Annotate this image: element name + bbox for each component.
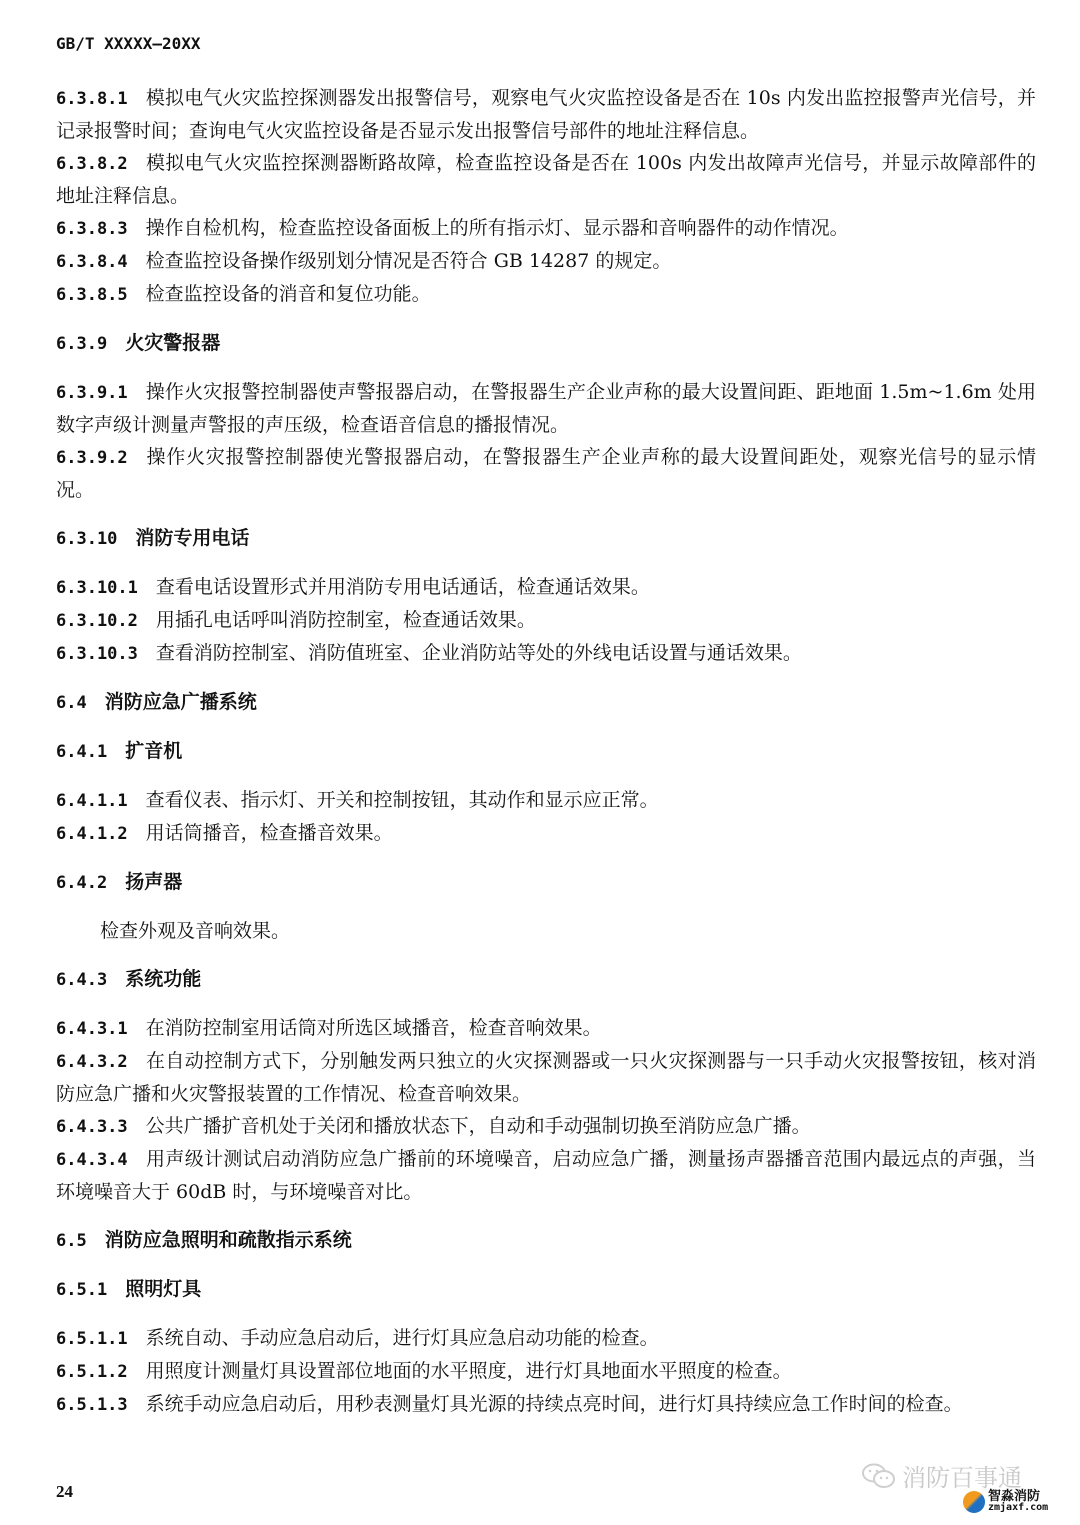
clause-text: 检查外观及音响效果。	[100, 920, 290, 942]
clause-6-4-3-1: 6.4.3.1在消防控制室用话筒对所选区域播音，检查音响效果。	[56, 1012, 1036, 1045]
clause-text: 检查监控设备的消音和复位功能。	[146, 283, 431, 305]
clause-number: 6.5.1.1	[56, 1329, 128, 1349]
clause-text: 在消防控制室用话筒对所选区域播音，检查音响效果。	[146, 1017, 602, 1039]
heading-number: 6.3.10	[56, 529, 117, 549]
clause-number: 6.4.1.1	[56, 791, 128, 811]
wechat-icon	[862, 1463, 896, 1489]
clause-6-4-3-3: 6.4.3.3公共广播扩音机处于关闭和播放状态下，自动和手动强制切换至消防应急广…	[56, 1110, 1036, 1143]
clause-text: 公共广播扩音机处于关闭和播放状态下，自动和手动强制切换至消防应急广播。	[146, 1115, 811, 1137]
heading-number: 6.4.3	[56, 970, 107, 990]
clause-number: 6.3.8.3	[56, 219, 128, 239]
clause-6-4-2-body: 检查外观及音响效果。	[56, 915, 1036, 947]
clause-number: 6.3.10.3	[56, 644, 138, 664]
clause-number: 6.5.1.2	[56, 1362, 128, 1382]
clause-6-3-8-2: 6.3.8.2模拟电气火灾监控探测器断路故障，检查监控设备是否在 100s 内发…	[56, 147, 1036, 212]
heading-title: 消防应急广播系统	[105, 691, 257, 713]
heading-6-4-3: 6.4.3系统功能	[56, 963, 1036, 996]
heading-6-4-1: 6.4.1扩音机	[56, 735, 1036, 768]
clause-6-3-8-1: 6.3.8.1模拟电气火灾监控探测器发出报警信号，观察电气火灾监控设备是否在 1…	[56, 82, 1036, 147]
heading-number: 6.5.1	[56, 1280, 107, 1300]
clause-text: 在自动控制方式下，分别触发两只独立的火灾探测器或一只火灾探测器与一只手动火灾报警…	[56, 1050, 1036, 1105]
clause-number: 6.4.3.2	[56, 1052, 128, 1072]
wechat-watermark: 消防百事通	[862, 1458, 1022, 1493]
clause-number: 6.4.1.2	[56, 824, 128, 844]
clause-number: 6.3.9.1	[56, 383, 128, 403]
clause-number: 6.5.1.3	[56, 1395, 128, 1415]
clause-text: 操作自检机构，检查监控设备面板上的所有指示灯、显示器和音响器件的动作情况。	[146, 217, 849, 239]
clause-6-3-10-2: 6.3.10.2用插孔电话呼叫消防控制室，检查通话效果。	[56, 604, 1036, 637]
clause-6-3-8-4: 6.3.8.4检查监控设备操作级别划分情况是否符合 GB 14287 的规定。	[56, 245, 1036, 278]
clause-number: 6.4.3.4	[56, 1150, 128, 1170]
heading-title: 扬声器	[125, 871, 182, 893]
brand-logo-icon	[963, 1491, 985, 1513]
clause-6-5-1-2: 6.5.1.2用照度计测量灯具设置部位地面的水平照度，进行灯具地面水平照度的检查…	[56, 1355, 1036, 1388]
clause-6-3-10-1: 6.3.10.1查看电话设置形式并用消防专用电话通话，检查通话效果。	[56, 571, 1036, 604]
wechat-account-name: 消防百事通	[902, 1458, 1022, 1493]
clause-number: 6.3.10.2	[56, 611, 138, 631]
brand-watermark: 智淼消防 zmjaxf.com	[963, 1490, 1048, 1513]
clause-text: 用声级计测试启动消防应急广播前的环境噪音，启动应急广播，测量扬声器播音范围内最远…	[56, 1148, 1036, 1203]
clause-text: 检查监控设备操作级别划分情况是否符合 GB 14287 的规定。	[146, 250, 672, 272]
clause-text: 操作火灾报警控制器使光警报器启动，在警报器生产企业声称的最大设置间距处，观察光信…	[56, 446, 1036, 501]
heading-number: 6.4	[56, 693, 87, 713]
heading-6-3-9: 6.3.9火灾警报器	[56, 327, 1036, 360]
clause-6-3-9-2: 6.3.9.2操作火灾报警控制器使光警报器启动，在警报器生产企业声称的最大设置间…	[56, 441, 1036, 506]
heading-6-4-2: 6.4.2扬声器	[56, 866, 1036, 899]
clause-number: 6.3.8.4	[56, 252, 128, 272]
brand-url: zmjaxf.com	[988, 1503, 1048, 1513]
clause-text: 查看电话设置形式并用消防专用电话通话，检查通话效果。	[156, 576, 650, 598]
standard-header: GB/T XXXXX—20XX	[56, 34, 201, 53]
heading-number: 6.4.1	[56, 742, 107, 762]
clause-6-4-3-4: 6.4.3.4用声级计测试启动消防应急广播前的环境噪音，启动应急广播，测量扬声器…	[56, 1143, 1036, 1208]
clause-text: 模拟电气火灾监控探测器断路故障，检查监控设备是否在 100s 内发出故障声光信号…	[56, 152, 1036, 207]
clause-number: 6.3.10.1	[56, 578, 138, 598]
heading-6-5-1: 6.5.1照明灯具	[56, 1273, 1036, 1306]
clause-text: 模拟电气火灾监控探测器发出报警信号，观察电气火灾监控设备是否在 10s 内发出监…	[56, 87, 1036, 142]
clause-6-4-3-2: 6.4.3.2在自动控制方式下，分别触发两只独立的火灾探测器或一只火灾探测器与一…	[56, 1045, 1036, 1110]
document-body: 6.3.8.1模拟电气火灾监控探测器发出报警信号，观察电气火灾监控设备是否在 1…	[56, 82, 1036, 1421]
clause-text: 用话筒播音，检查播音效果。	[146, 822, 393, 844]
clause-6-4-1-2: 6.4.1.2用话筒播音，检查播音效果。	[56, 817, 1036, 850]
clause-6-3-9-1: 6.3.9.1操作火灾报警控制器使声警报器启动，在警报器生产企业声称的最大设置间…	[56, 376, 1036, 441]
clause-number: 6.3.8.5	[56, 285, 128, 305]
clause-text: 用照度计测量灯具设置部位地面的水平照度，进行灯具地面水平照度的检查。	[146, 1360, 792, 1382]
clause-text: 操作火灾报警控制器使声警报器启动，在警报器生产企业声称的最大设置间距、距地面 1…	[56, 381, 1036, 436]
heading-6-4: 6.4消防应急广播系统	[56, 686, 1036, 719]
clause-number: 6.3.9.2	[56, 448, 128, 468]
clause-number: 6.3.8.1	[56, 89, 128, 109]
clause-6-3-8-3: 6.3.8.3操作自检机构，检查监控设备面板上的所有指示灯、显示器和音响器件的动…	[56, 212, 1036, 245]
clause-number: 6.3.8.2	[56, 154, 128, 174]
clause-6-3-8-5: 6.3.8.5检查监控设备的消音和复位功能。	[56, 278, 1036, 311]
clause-6-5-1-3: 6.5.1.3系统手动应急启动后，用秒表测量灯具光源的持续点亮时间，进行灯具持续…	[56, 1388, 1036, 1421]
heading-6-3-10: 6.3.10消防专用电话	[56, 522, 1036, 555]
heading-6-5: 6.5消防应急照明和疏散指示系统	[56, 1224, 1036, 1257]
heading-number: 6.4.2	[56, 873, 107, 893]
page-number: 24	[56, 1482, 73, 1502]
clause-text: 用插孔电话呼叫消防控制室，检查通话效果。	[156, 609, 536, 631]
clause-6-4-1-1: 6.4.1.1查看仪表、指示灯、开关和控制按钮，其动作和显示应正常。	[56, 784, 1036, 817]
clause-text: 系统自动、手动应急启动后，进行灯具应急启动功能的检查。	[146, 1327, 659, 1349]
clause-text: 系统手动应急启动后，用秒表测量灯具光源的持续点亮时间，进行灯具持续应急工作时间的…	[146, 1393, 963, 1415]
clause-text: 查看仪表、指示灯、开关和控制按钮，其动作和显示应正常。	[146, 789, 659, 811]
heading-title: 消防应急照明和疏散指示系统	[105, 1229, 352, 1251]
clause-text: 查看消防控制室、消防值班室、企业消防站等处的外线电话设置与通话效果。	[156, 642, 802, 664]
heading-title: 系统功能	[125, 968, 201, 990]
heading-number: 6.3.9	[56, 334, 107, 354]
heading-number: 6.5	[56, 1231, 87, 1251]
heading-title: 照明灯具	[125, 1278, 201, 1300]
clause-number: 6.4.3.3	[56, 1117, 128, 1137]
heading-title: 扩音机	[125, 740, 182, 762]
clause-6-5-1-1: 6.5.1.1系统自动、手动应急启动后，进行灯具应急启动功能的检查。	[56, 1322, 1036, 1355]
clause-6-3-10-3: 6.3.10.3查看消防控制室、消防值班室、企业消防站等处的外线电话设置与通话效…	[56, 637, 1036, 670]
heading-title: 消防专用电话	[135, 527, 249, 549]
clause-number: 6.4.3.1	[56, 1019, 128, 1039]
heading-title: 火灾警报器	[125, 332, 220, 354]
